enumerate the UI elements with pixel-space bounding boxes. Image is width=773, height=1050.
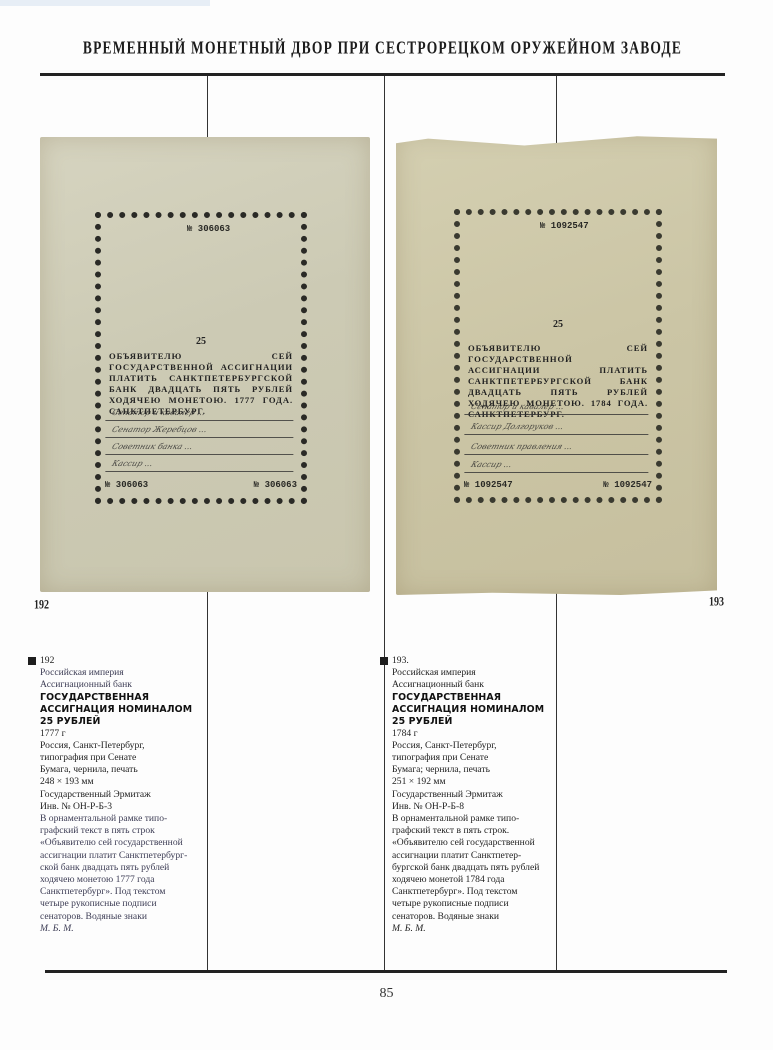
- serial-number-bottom-left: № 1092547: [464, 480, 513, 490]
- serial-number-top: № 1092547: [540, 221, 589, 231]
- entry-description: четыре рукописные подписи: [40, 898, 205, 910]
- serial-number-bottom-right: № 306063: [254, 480, 297, 490]
- entry-title: 25 РУБЛЕЙ: [40, 716, 205, 728]
- scan-edge-mark: [0, 0, 210, 6]
- entry-description: бургской банк двадцать пять рублей: [392, 862, 554, 874]
- serial-number-top: № 306063: [187, 224, 230, 234]
- entry-origin: Российская империя: [40, 667, 205, 679]
- entry-description: В орнаментальной рамке типо-: [392, 813, 554, 825]
- entry-description: ассигнации платит Санктпетербург-: [40, 850, 205, 862]
- entry-description: Санктпетербург». Под текстом: [40, 886, 205, 898]
- entry-size: 251 × 192 мм: [392, 776, 554, 788]
- entry-title: 25 РУБЛЕЙ: [392, 716, 554, 728]
- entry-issuer: Ассигнационный банк: [392, 679, 554, 691]
- signature-line: Советник банка ...: [105, 445, 297, 455]
- entry-watermark: М. Б. М.: [40, 923, 205, 935]
- entry-material: Бумага, чернила, печать: [40, 764, 205, 776]
- entry-description: сенаторов. Водяные знаки: [392, 911, 554, 923]
- entry-title: АССИГНАЦИЯ НОМИНАЛОМ: [40, 704, 205, 716]
- ornamental-frame: № 306063 25 Объявителю сей государственн…: [95, 212, 307, 504]
- entry-description: «Объявителю сей государственной: [40, 837, 205, 849]
- signature-line: Советник правления ...: [464, 445, 652, 455]
- signature-line: Сенатор и кавалер ...: [105, 411, 297, 421]
- signature-line: Сенатор Жеребцов ...: [105, 428, 297, 438]
- entry-watermark: М. Б. М.: [392, 923, 554, 935]
- entry-year: 1777 г: [40, 728, 205, 740]
- entry-description: сенаторов. Водяные знаки: [40, 911, 205, 923]
- entry-year: 1784 г: [392, 728, 554, 740]
- entry-bullet-icon: [380, 657, 388, 665]
- entry-size: 248 × 193 мм: [40, 776, 205, 788]
- entry-collection: Государственный Эрмитаж: [40, 789, 205, 801]
- entry-description: Санктпетербург». Под текстом: [392, 886, 554, 898]
- entry-description: ской банк двадцать пять рублей: [40, 862, 205, 874]
- entry-description: ходячею монетой 1784 года: [392, 874, 554, 886]
- denomination: 25: [101, 336, 301, 347]
- entry-description: ассигнации платит Санктпетер-: [392, 850, 554, 862]
- entry-number: 192: [40, 655, 205, 667]
- ornamental-frame: № 1092547 25 Объявителю сей государствен…: [454, 209, 662, 503]
- signature-line: Сенатор и кавалер ...: [464, 405, 652, 415]
- signature-line: Кассир ...: [105, 462, 297, 472]
- serial-number-bottom-left: № 306063: [105, 480, 148, 490]
- top-rule: [40, 73, 725, 76]
- plate-number: 192: [34, 598, 49, 612]
- catalog-entry-193: 193. Российская империя Ассигнационный б…: [392, 655, 554, 935]
- entry-description: В орнаментальной рамке типо-: [40, 813, 205, 825]
- entry-inventory: Инв. № ОН-Р-Б-3: [40, 801, 205, 813]
- entry-issuer: Ассигнационный банк: [40, 679, 205, 691]
- entry-number: 193.: [392, 655, 554, 667]
- signature-line: Кассир ...: [464, 463, 652, 473]
- entry-collection: Государственный Эрмитаж: [392, 789, 554, 801]
- column-divider: [384, 76, 385, 972]
- entry-bullet-icon: [28, 657, 36, 665]
- page-number: 85: [0, 986, 773, 1002]
- entry-place: Россия, Санкт-Петербург,: [40, 740, 205, 752]
- catalog-entry-192: 192 Российская империя Ассигнационный ба…: [40, 655, 205, 935]
- entry-title: ГОСУДАРСТВЕННАЯ: [392, 692, 554, 704]
- running-head: ВРЕМЕННЫЙ МОНЕТНЫЙ ДВОР ПРИ СЕСТРОРЕЦКОМ…: [40, 37, 725, 59]
- banknote-image-193: № 1092547 25 Объявителю сей государствен…: [396, 134, 717, 595]
- signature-line: Кассир Долгоруков ...: [464, 425, 652, 435]
- entry-title: АССИГНАЦИЯ НОМИНАЛОМ: [392, 704, 554, 716]
- entry-description: ходячею монетою 1777 года: [40, 874, 205, 886]
- bottom-rule: [45, 970, 727, 973]
- entry-description: графский текст в пять строк.: [392, 825, 554, 837]
- entry-description: «Объявителю сей государственной: [392, 837, 554, 849]
- entry-inventory: Инв. № ОН-Р-Б-8: [392, 801, 554, 813]
- serial-number-bottom-right: № 1092547: [603, 480, 652, 490]
- entry-title: ГОСУДАРСТВЕННАЯ: [40, 692, 205, 704]
- entry-place: Россия, Санкт-Петербург,: [392, 740, 554, 752]
- denomination: 25: [460, 319, 656, 330]
- entry-description: графский текст в пять строк: [40, 825, 205, 837]
- banknote-image-192: № 306063 25 Объявителю сей государственн…: [40, 137, 370, 592]
- entry-place: типография при Сенате: [40, 752, 205, 764]
- plate-number: 193: [709, 595, 724, 609]
- entry-material: Бумага; чернила, печать: [392, 764, 554, 776]
- entry-place: типография при Сенате: [392, 752, 554, 764]
- entry-origin: Российская империя: [392, 667, 554, 679]
- entry-description: четыре рукописные подписи: [392, 898, 554, 910]
